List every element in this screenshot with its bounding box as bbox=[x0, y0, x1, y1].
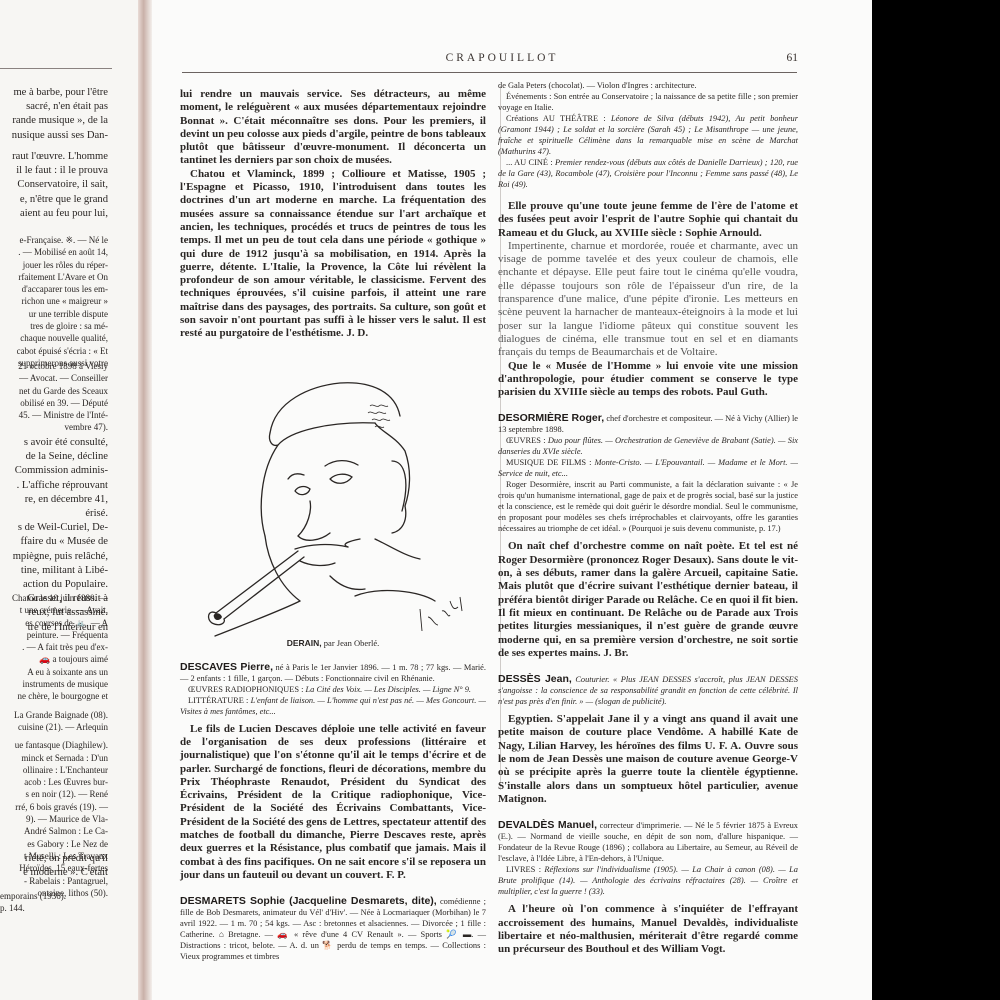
derain-sketch-icon bbox=[180, 361, 486, 646]
text-line: André Salmon : Le Ca- bbox=[0, 825, 108, 837]
text-line: Chatou le 10 juin 1880. — bbox=[0, 592, 108, 604]
text-line: il le faut : il le prouva bbox=[0, 164, 108, 178]
desmarets-events: Événements : Son entrée au Conservatoire… bbox=[498, 91, 798, 113]
text-line: érisé. bbox=[0, 507, 108, 521]
column-left: lui rendre un mauvais service. Ses détra… bbox=[180, 88, 486, 962]
page-number: 61 bbox=[787, 52, 799, 64]
desmarets-body-2: Impertinente, charnue et mordorée, rouée… bbox=[498, 240, 798, 360]
text-line: cabot épuisé s'écria : « Et bbox=[0, 345, 108, 357]
text-line: es courses de 🚲. — A bbox=[0, 617, 108, 629]
desormiere-works: ŒUVRES : Duo pour flûtes. — Orchestratio… bbox=[498, 435, 798, 457]
desormiere-entry-header: DESORMIÈRE Roger, chef d'orchestre et co… bbox=[498, 413, 798, 435]
text-line: ffaire du « Musée de bbox=[0, 535, 108, 549]
derain-paragraph-2: Chatou et Vlaminck, 1899 ; Collioure et … bbox=[180, 168, 486, 341]
text-line: t une crémerie. — Avait, bbox=[0, 604, 108, 616]
desses-entry-header: DESSÈS Jean, Couturier. « Plus JEAN DESS… bbox=[498, 674, 798, 707]
left-entry-3-refs: emporains (1936). p. 144. bbox=[0, 890, 120, 915]
text-line: es Gabory : Le Nez de bbox=[0, 838, 108, 850]
text-line: richon une « maigreur » bbox=[0, 295, 108, 307]
desses-body: Egyptien. S'appelait Jane il y a vingt a… bbox=[498, 713, 798, 806]
text-line: d'accaparer tous les em- bbox=[0, 283, 108, 295]
text-line: net du Garde des Sceaux bbox=[0, 385, 108, 397]
text-line: ur une terrible dispute bbox=[0, 308, 108, 320]
text-line: instruments de musique bbox=[0, 678, 108, 690]
devaldes-entry-header: DEVALDÈS Manuel, correcteur d'imprimerie… bbox=[498, 820, 798, 864]
derain-portrait-illustration bbox=[180, 361, 486, 646]
text-line: aient au feu pour lui, bbox=[0, 207, 108, 221]
text-line: — Avocat. — Conseiller bbox=[0, 372, 108, 384]
devaldes-body: A l'heure où l'on commence à s'inquiéter… bbox=[498, 903, 798, 956]
column-right: de Gala Peters (chocolat). — Violon d'In… bbox=[498, 80, 798, 956]
text-line: rfaitement L'Avare et On bbox=[0, 271, 108, 283]
devaldes-books: LIVRES : Réflexions sur l'individualisme… bbox=[498, 864, 798, 897]
text-line: 9). — Maurice de Vla- bbox=[0, 813, 108, 825]
scan-background bbox=[872, 0, 1000, 1000]
text-line: Conservatoire, il sait, bbox=[0, 178, 108, 192]
desmarets-body-3: Que le « Musée de l'Homme » lui envoie v… bbox=[498, 360, 798, 400]
text-line: jouer les rôles du réper- bbox=[0, 259, 108, 271]
section-label: ŒUVRES RADIOPHONIQUES : bbox=[188, 685, 306, 694]
desormiere-body: On naît chef d'orchestre comme on naît p… bbox=[498, 540, 798, 660]
desmarets-entry-header: DESMARETS Sophie (Jacqueline Desmarets, … bbox=[180, 896, 486, 962]
text-line: e-Française. ※. — Né le bbox=[0, 234, 108, 246]
text-line: e moderne ». C'était bbox=[0, 866, 108, 880]
text-line: ollinaire : L'Enchanteur bbox=[0, 764, 108, 776]
section-label: MUSIQUE DE FILMS : bbox=[506, 458, 594, 467]
text-line: Commission adminis- bbox=[0, 464, 108, 478]
text-line: p. 144. bbox=[0, 902, 120, 914]
desmarets-continued-line: de Gala Peters (chocolat). — Violon d'In… bbox=[498, 80, 798, 91]
left-page-fragment: me à barbe, pour l'être sacré, n'en étai… bbox=[0, 0, 138, 1000]
desmarets-cinema: ... AU CINÉ : Premier rendez-vous (début… bbox=[498, 157, 798, 190]
derain-paragraph-1: lui rendre un mauvais service. Ses détra… bbox=[180, 88, 486, 168]
text-line: cuisine (21). — Arlequin bbox=[0, 721, 108, 733]
descaves-radio-works: ŒUVRES RADIOPHONIQUES : La Cité des Voix… bbox=[180, 684, 486, 695]
right-page: CRAPOUILLOT 61 lui rendre un mauvais ser… bbox=[152, 0, 872, 1000]
text-line: action du Populaire. bbox=[0, 578, 108, 592]
text-line: rande musique », de la bbox=[0, 114, 108, 128]
left-entry-3-body: riété, on prédit qu'il e moderne ». C'ét… bbox=[0, 852, 108, 880]
desmarets-bio: comédienne ; fille de Bob Desmarets, ani… bbox=[180, 897, 486, 961]
left-page-header-rule bbox=[0, 68, 112, 69]
book-gutter bbox=[138, 0, 152, 1000]
text-line: 45. — Ministre de l'Inté- bbox=[0, 409, 108, 421]
descaves-body: Le fils de Lucien Descaves déploie une t… bbox=[180, 723, 486, 883]
text-line: . — A fait très peu d'ex- bbox=[0, 641, 108, 653]
text-line: e, n'être que le grand bbox=[0, 193, 108, 207]
entry-name-desormiere: DESORMIÈRE Roger, bbox=[498, 412, 604, 424]
text-line: A eu à soixante ans un bbox=[0, 666, 108, 678]
entry-name-desses: DESSÈS Jean, bbox=[498, 673, 572, 685]
desmarets-body-1: Elle prouve qu'une toute jeune femme de … bbox=[498, 200, 798, 240]
text-line: raut l'œuvre. L'homme bbox=[0, 150, 108, 164]
text-line: chaque nouvelle qualité, bbox=[0, 332, 108, 344]
text-line: ue fantasque (Diaghilew). bbox=[0, 739, 108, 751]
text-line: s en noir (12). — René bbox=[0, 788, 108, 800]
descaves-literature: LITTÉRATURE : L'enfant de liaison. — L'h… bbox=[180, 695, 486, 717]
text-line: 🚗 a toujours aimé bbox=[0, 653, 108, 665]
text-line: me à barbe, pour l'être bbox=[0, 86, 108, 100]
left-top-paragraph: me à barbe, pour l'être sacré, n'en étai… bbox=[0, 86, 108, 143]
text-line: tres de gloire : sa mé- bbox=[0, 320, 108, 332]
text-line: minck et Sernada : D'un bbox=[0, 752, 108, 764]
magazine-title: CRAPOUILLOT bbox=[182, 52, 822, 64]
section-label: LIVRES : bbox=[506, 865, 544, 874]
text-line: de la Seine, décline bbox=[0, 450, 108, 464]
section-label: LITTÉRATURE : bbox=[188, 696, 251, 705]
section-label: Créations AU THÉÂTRE : bbox=[506, 114, 611, 123]
text-line: vembre 47). bbox=[0, 421, 108, 433]
text-line: peinture. — Fréquenta bbox=[0, 629, 108, 641]
text-line: re, en décembre 41, bbox=[0, 493, 108, 507]
running-header: CRAPOUILLOT 61 bbox=[182, 52, 822, 70]
text-line: riété, on prédit qu'il bbox=[0, 852, 108, 866]
left-entry-1: e-Française. ※. — Né le . — Mobilisé en … bbox=[0, 234, 108, 369]
entry-name-descaves: DESCAVES Pierre, bbox=[180, 661, 273, 673]
text-line: ne chère, le bourgogne et bbox=[0, 690, 108, 702]
text-line: . — Mobilisé en août 14, bbox=[0, 246, 108, 258]
entry-name-desmarets: DESMARETS Sophie (Jacqueline Desmarets, … bbox=[180, 895, 437, 907]
text-line: La Grande Baignade (08). bbox=[0, 709, 108, 721]
text-line: obilisé en 39. — Député bbox=[0, 397, 108, 409]
desmarets-theatre: Créations AU THÉÂTRE : Léonore de Silva … bbox=[498, 113, 798, 157]
text-line: s de Weil-Curiel, De- bbox=[0, 521, 108, 535]
text-line: rré, 6 bois gravés (19). — bbox=[0, 801, 108, 813]
text-line: tine, militant à Libé- bbox=[0, 564, 108, 578]
text-line: sacré, n'en était pas bbox=[0, 100, 108, 114]
desormiere-declaration: Roger Desormière, inscrit au Parti commu… bbox=[498, 479, 798, 534]
section-label: ... AU CINÉ : bbox=[506, 158, 555, 167]
text-line: . L'affiche réprouvant bbox=[0, 479, 108, 493]
works-list: La Cité des Voix. — Les Disciples. — Lig… bbox=[306, 685, 472, 694]
header-rule bbox=[182, 72, 797, 73]
text-line: acob : Les Œuvres bur- bbox=[0, 776, 108, 788]
entry-name-devaldes: DEVALDÈS Manuel, bbox=[498, 819, 597, 831]
desormiere-films: MUSIQUE DE FILMS : Monte-Cristo. — L'Epo… bbox=[498, 457, 798, 479]
text-line: s avoir été consulté, bbox=[0, 436, 108, 450]
text-line: 21 octobre 1898 à Viesly bbox=[0, 360, 108, 372]
left-entry-2: 21 octobre 1898 à Viesly — Avocat. — Con… bbox=[0, 360, 108, 434]
text-line: nusique aussi ses Dan- bbox=[0, 129, 108, 143]
text-line: mpiègne, puis relâché, bbox=[0, 550, 108, 564]
text-line: emporains (1936). bbox=[0, 890, 120, 902]
section-label: ŒUVRES : bbox=[506, 436, 548, 445]
left-second-paragraph: raut l'œuvre. L'homme il le faut : il le… bbox=[0, 150, 108, 221]
descaves-entry-header: DESCAVES Pierre, né à Paris le 1er Janvi… bbox=[180, 662, 486, 684]
